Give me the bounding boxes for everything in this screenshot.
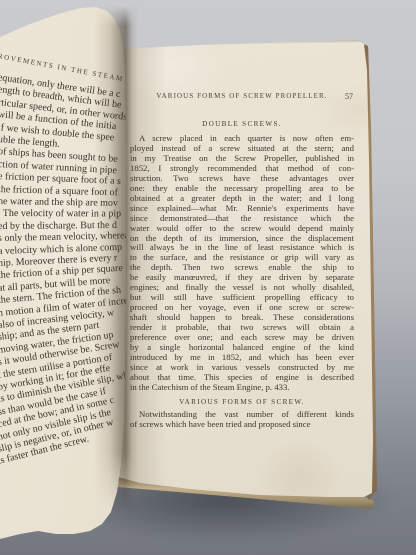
- paragraph-line: in the Catechism of the Steam Engine, p.…: [130, 383, 354, 393]
- page-header: VARIOUS FORMS OF SCREW PROPELLER. 57: [130, 92, 354, 103]
- photo-backdrop: VARIOUS FORMS OF SCREW PROPELLER. 57 DOU…: [0, 0, 416, 555]
- section-heading-various-forms: VARIOUS FORMS OF SCREW.: [130, 398, 354, 406]
- paragraph-double-screws: A screw placed in each quarter is now of…: [130, 134, 354, 393]
- paragraph-line: of screws which have been tried and prop…: [130, 420, 354, 430]
- section-heading-double-screws: DOUBLE SCREWS.: [130, 120, 354, 128]
- gutter-shadow: [94, 6, 138, 512]
- page-number: 57: [345, 92, 353, 101]
- running-title: VARIOUS FORMS OF SCREW PROPELLER.: [130, 92, 354, 100]
- right-page-content: VARIOUS FORMS OF SCREW PROPELLER. 57 DOU…: [130, 92, 354, 430]
- paragraph-various-forms: Notwithstanding the vast number of diffe…: [130, 410, 354, 430]
